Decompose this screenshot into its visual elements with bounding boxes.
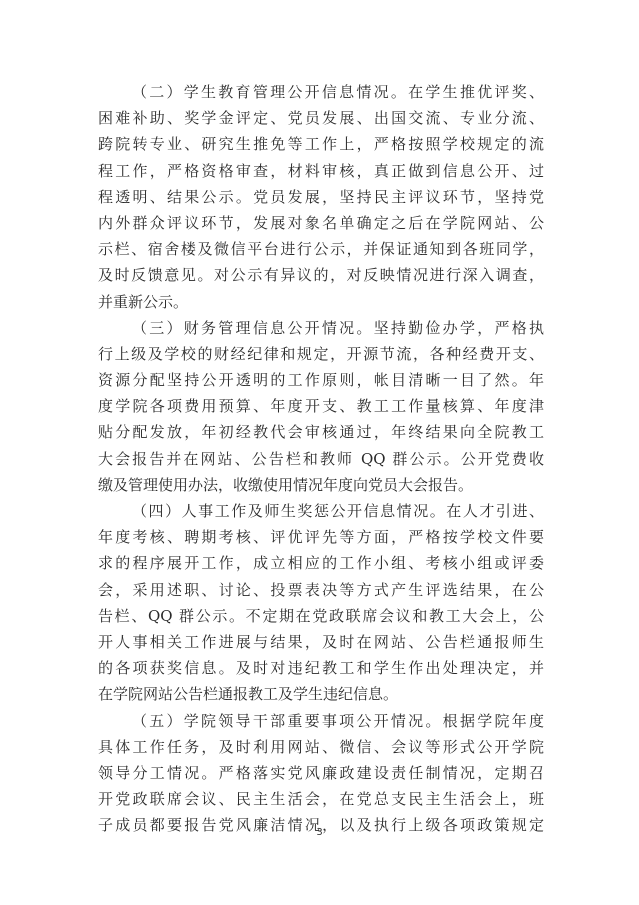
text-line: 具体工作任务，及时利用网站、微信、会议等形式公开学院 xyxy=(98,734,544,760)
text-line: 跨院转专业、研究生推免等工作上，严格按照学校规定的流 xyxy=(98,131,544,157)
text-line: 并重新公示。 xyxy=(98,289,544,315)
text-line: 内外群众评议环节，发展对象名单确定之后在学院网站、公 xyxy=(98,210,544,236)
text-line: 度学院各项费用预算、年度开支、教工工作量核算、年度津 xyxy=(98,393,544,419)
text-line: 示栏、宿舍楼及微信平台进行公示，并保证通知到各班同学， xyxy=(98,236,544,262)
text-line: 资源分配坚持公开透明的工作原则，帐目清晰一目了然。年 xyxy=(98,367,544,393)
text-line: （四）人事工作及师生奖惩公开信息情况。在人才引进、 xyxy=(98,498,544,524)
text-line: 大会报告并在网站、公告栏和教师 QQ 群公示。公开党费收 xyxy=(98,446,544,472)
text-line: 开党政联席会议、民主生活会，在党总支民主生活会上，班 xyxy=(98,786,544,812)
text-line: （五）学院领导干部重要事项公开情况。根据学院年度 xyxy=(98,708,544,734)
text-line: 程工作，严格资格审查，材料审核，真正做到信息公开、过 xyxy=(98,158,544,184)
page-number: 3 xyxy=(0,827,639,838)
text-line: 告栏、QQ 群公示。不定期在党政联席会议和教工大会上，公 xyxy=(98,603,544,629)
text-line: 困难补助、奖学金评定、党员发展、出国交流、专业分流、 xyxy=(98,105,544,131)
paragraph-personnel-rewards: （四）人事工作及师生奖惩公开信息情况。在人才引进、 年度考核、聘期考核、评优评先… xyxy=(98,498,544,708)
paragraph-student-management: （二）学生教育管理公开信息情况。在学生推优评奖、 困难补助、奖学金评定、党员发展… xyxy=(98,79,544,315)
document-page: （二）学生教育管理公开信息情况。在学生推优评奖、 困难补助、奖学金评定、党员发展… xyxy=(0,0,639,905)
text-line: 程透明、结果公示。党员发展，坚持民主评议环节，坚持党 xyxy=(98,184,544,210)
text-line: 领导分工情况。严格落实党风廉政建设责任制情况，定期召 xyxy=(98,760,544,786)
text-line: 在学院网站公告栏通报教工及学生违纪信息。 xyxy=(98,681,544,707)
text-line: 及时反馈意见。对公示有异议的，对反映情况进行深入调查， xyxy=(98,262,544,288)
text-line: 开人事相关工作进展与结果，及时在网站、公告栏通报师生 xyxy=(98,629,544,655)
document-body: （二）学生教育管理公开信息情况。在学生推优评奖、 困难补助、奖学金评定、党员发展… xyxy=(98,79,544,838)
paragraph-finance-management: （三）财务管理信息公开情况。坚持勤俭办学，严格执 行上级及学校的财经纪律和规定，… xyxy=(98,315,544,498)
text-line: 求的程序展开工作，成立相应的工作小组、考核小组或评委 xyxy=(98,550,544,576)
text-line: 贴分配发放，年初经教代会审核通过，年终结果向全院教工 xyxy=(98,419,544,445)
text-line: 会，采用述职、讨论、投票表决等方式产生评选结果，在公 xyxy=(98,577,544,603)
text-line: 缴及管理使用办法，收缴使用情况年度向党员大会报告。 xyxy=(98,472,544,498)
text-line: 年度考核、聘期考核、评优评先等方面，严格按学校文件要 xyxy=(98,524,544,550)
text-line: 的各项获奖信息。及时对违纪教工和学生作出处理决定，并 xyxy=(98,655,544,681)
text-line: （三）财务管理信息公开情况。坚持勤俭办学，严格执 xyxy=(98,315,544,341)
text-line: （二）学生教育管理公开信息情况。在学生推优评奖、 xyxy=(98,79,544,105)
paragraph-leadership-matters: （五）学院领导干部重要事项公开情况。根据学院年度 具体工作任务，及时利用网站、微… xyxy=(98,708,544,839)
text-line: 行上级及学校的财经纪律和规定，开源节流，各种经费开支、 xyxy=(98,341,544,367)
